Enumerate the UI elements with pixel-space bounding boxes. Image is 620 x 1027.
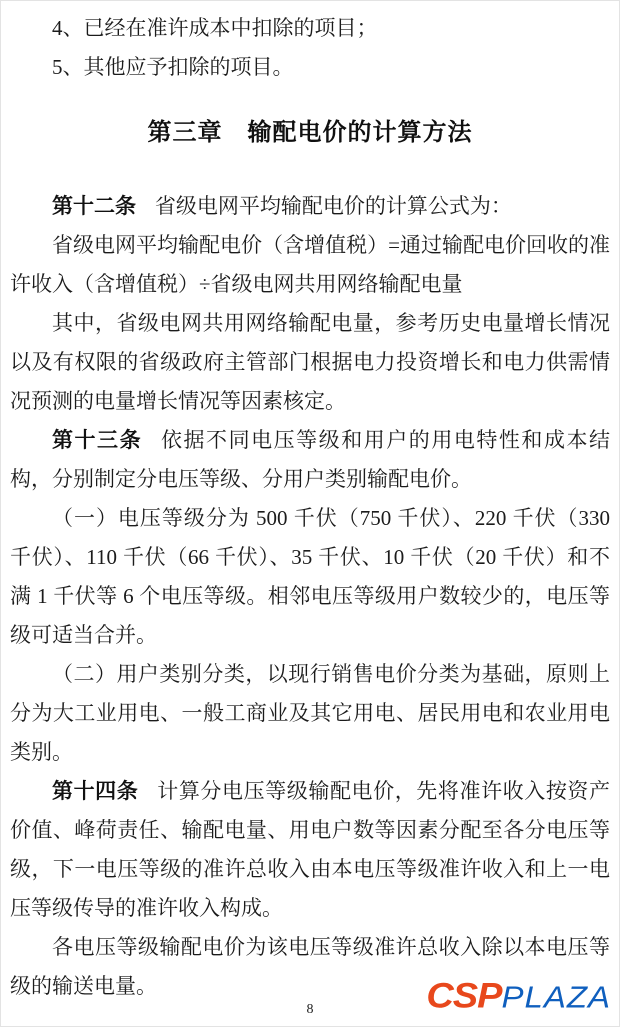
paragraph-text: 省级电网平均输配电价的计算公式为：	[155, 194, 512, 218]
paragraph-text: 省级电网平均输配电价（含增值税）=通过输配电价回收的准许收入（含增值税）÷省级电…	[10, 233, 610, 296]
article-13-label: 第十三条	[52, 429, 142, 452]
logo-text-plaza: PLAZA	[501, 982, 611, 1012]
article-14-label: 第十四条	[52, 780, 138, 803]
article-12-label: 第十二条	[52, 195, 136, 218]
paragraph-text: 4、已经在准许成本中扣除的项目；	[52, 16, 378, 40]
paragraph-text: 5、其他应予扣除的项目。	[52, 55, 294, 79]
paragraph-text: 其中，省级电网共用网络输配电量，参考历史电量增长情况以及有权限的省级政府主管部门…	[10, 311, 610, 413]
chapter-heading: 第三章 输配电价的计算方法	[10, 111, 610, 155]
user-categories-paragraph: （二）用户类别分类，以现行销售电价分类为基础，原则上分为大工业用电、一般工商业及…	[10, 655, 610, 772]
paragraph-text: （二）用户类别分类，以现行销售电价分类为基础，原则上分为大工业用电、一般工商业及…	[10, 662, 610, 764]
formula-paragraph: 省级电网平均输配电价（含增值税）=通过输配电价回收的准许收入（含增值税）÷省级电…	[10, 226, 610, 304]
logo-text-csp: CSP	[426, 979, 501, 1014]
csp-plaza-logo: CSPPLAZA	[426, 976, 611, 1014]
article-14-paragraph: 第十四条计算分电压等级输配电价，先将准许收入按资产价值、峰荷责任、输配电量、用电…	[10, 772, 610, 928]
voltage-levels-paragraph: （一）电压等级分为 500 千伏（750 千伏）、220 千伏（330 千伏）、…	[10, 499, 610, 655]
paragraph-text: （一）电压等级分为 500 千伏（750 千伏）、220 千伏（330 千伏）、…	[10, 506, 610, 647]
document-body: 4、已经在准许成本中扣除的项目； 5、其他应予扣除的项目。 第三章 输配电价的计…	[1, 1, 619, 1006]
list-item-5: 5、其他应予扣除的项目。	[10, 48, 610, 87]
article-12-paragraph: 第十二条省级电网平均输配电价的计算公式为：	[10, 187, 610, 226]
list-item-4: 4、已经在准许成本中扣除的项目；	[10, 9, 610, 48]
article-13-paragraph: 第十三条依据不同电压等级和用户的用电特性和成本结构，分别制定分电压等级、分用户类…	[10, 421, 610, 499]
document-page: 4、已经在准许成本中扣除的项目； 5、其他应予扣除的项目。 第三章 输配电价的计…	[0, 0, 620, 1027]
volume-determination-paragraph: 其中，省级电网共用网络输配电量，参考历史电量增长情况以及有权限的省级政府主管部门…	[10, 304, 610, 421]
